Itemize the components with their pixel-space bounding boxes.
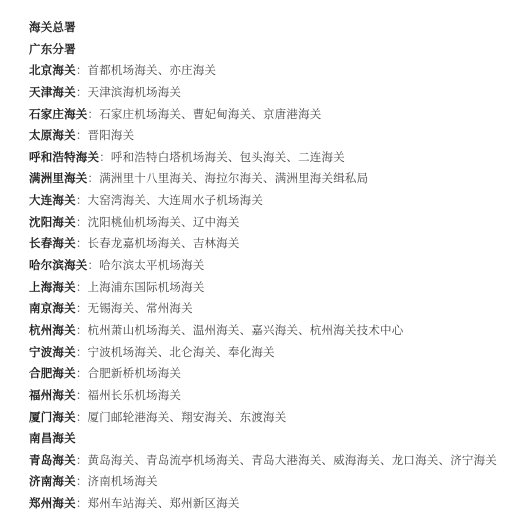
row-label: 呼和浩特海关 <box>29 150 99 164</box>
row-items: 济南机场海关 <box>88 474 158 488</box>
row-label: 南昌海关 <box>29 431 76 445</box>
row-label: 满洲里海关 <box>29 171 88 185</box>
list-item: 福州海关：福州长乐机场海关 <box>29 385 497 407</box>
list-item: 济南海关：济南机场海关 <box>29 471 497 493</box>
row-label: 厦门海关 <box>29 410 76 424</box>
list-item: 石家庄海关：石家庄机场海关、曹妃甸海关、京唐港海关 <box>29 104 497 126</box>
row-separator: ： <box>76 388 88 402</box>
list-item: 上海海关：上海浦东国际机场海关 <box>29 277 497 299</box>
row-label: 合肥海关 <box>29 366 76 380</box>
row-label: 沈阳海关 <box>29 215 76 229</box>
row-items: 满洲里十八里海关、海拉尔海关、满洲里海关缉私局 <box>99 171 368 185</box>
row-separator: ： <box>88 107 100 121</box>
row-items: 大窑湾海关、大连周水子机场海关 <box>88 193 264 207</box>
list-item: 合肥海关：合肥新桥机场海关 <box>29 363 497 385</box>
row-items: 长春龙嘉机场海关、吉林海关 <box>88 236 240 250</box>
row-separator: ： <box>76 85 88 99</box>
list-item: 郑州海关：郑州车站海关、郑州新区海关 <box>29 493 497 515</box>
row-items: 上海浦东国际机场海关 <box>88 280 205 294</box>
row-label: 长春海关 <box>29 236 76 250</box>
row-separator: ： <box>76 496 88 510</box>
row-separator: ： <box>76 366 88 380</box>
list-item: 沈阳海关：沈阳桃仙机场海关、辽中海关 <box>29 212 497 234</box>
row-label: 郑州海关 <box>29 496 76 510</box>
row-items: 杭州萧山机场海关、温州海关、嘉兴海关、杭州海关技术中心 <box>88 323 404 337</box>
row-items: 厦门邮轮港海关、翔安海关、东渡海关 <box>88 410 287 424</box>
list-item: 满洲里海关：满洲里十八里海关、海拉尔海关、满洲里海关缉私局 <box>29 168 497 190</box>
list-item: 青岛海关：黄岛海关、青岛流亭机场海关、青岛大港海关、威海海关、龙口海关、济宁海关 <box>29 450 497 472</box>
row-label: 天津海关 <box>29 85 76 99</box>
row-separator: ： <box>76 345 88 359</box>
row-separator: ： <box>76 453 88 467</box>
list-item: 天津海关：天津滨海机场海关 <box>29 82 497 104</box>
row-separator: ： <box>76 410 88 424</box>
row-separator: ： <box>76 474 88 488</box>
list-item: 太原海关：晋阳海关 <box>29 125 497 147</box>
customs-list: 海关总署 广东分署 北京海关：首都机场海关、亦庄海关 天津海关：天津滨海机场海关… <box>29 17 497 515</box>
row-items: 哈尔滨太平机场海关 <box>99 258 204 272</box>
row-label: 大连海关 <box>29 193 76 207</box>
row-label: 广东分署 <box>29 42 76 56</box>
row-separator: ： <box>76 128 88 142</box>
row-label: 济南海关 <box>29 474 76 488</box>
row-items: 沈阳桃仙机场海关、辽中海关 <box>88 215 240 229</box>
list-item: 大连海关：大窑湾海关、大连周水子机场海关 <box>29 190 497 212</box>
list-item: 南昌海关 <box>29 428 497 450</box>
row-separator: ： <box>76 215 88 229</box>
row-label: 杭州海关 <box>29 323 76 337</box>
row-items: 晋阳海关 <box>88 128 135 142</box>
row-label: 南京海关 <box>29 301 76 315</box>
row-label: 上海海关 <box>29 280 76 294</box>
row-label: 石家庄海关 <box>29 107 88 121</box>
row-separator: ： <box>76 63 88 77</box>
row-separator: ： <box>88 171 100 185</box>
row-separator: ： <box>76 280 88 294</box>
row-items: 福州长乐机场海关 <box>88 388 182 402</box>
row-label: 北京海关 <box>29 63 76 77</box>
row-separator: ： <box>76 193 88 207</box>
row-items: 呼和浩特白塔机场海关、包头海关、二连海关 <box>111 150 345 164</box>
row-items: 首都机场海关、亦庄海关 <box>88 63 217 77</box>
row-items: 黄岛海关、青岛流亭机场海关、青岛大港海关、威海海关、龙口海关、济宁海关 <box>88 453 498 467</box>
row-label: 太原海关 <box>29 128 76 142</box>
list-item: 广东分署 <box>29 39 497 61</box>
list-item: 北京海关：首都机场海关、亦庄海关 <box>29 60 497 82</box>
list-item: 宁波海关：宁波机场海关、北仑海关、奉化海关 <box>29 342 497 364</box>
row-separator: ： <box>88 258 100 272</box>
row-separator: ： <box>99 150 111 164</box>
row-separator: ： <box>76 323 88 337</box>
row-items: 天津滨海机场海关 <box>88 85 182 99</box>
row-items: 石家庄机场海关、曹妃甸海关、京唐港海关 <box>99 107 321 121</box>
list-item: 哈尔滨海关：哈尔滨太平机场海关 <box>29 255 497 277</box>
list-item: 海关总署 <box>29 17 497 39</box>
row-label: 福州海关 <box>29 388 76 402</box>
row-items: 宁波机场海关、北仑海关、奉化海关 <box>88 345 275 359</box>
row-label: 海关总署 <box>29 20 76 34</box>
list-item: 南京海关：无锡海关、常州海关 <box>29 298 497 320</box>
list-item: 长春海关：长春龙嘉机场海关、吉林海关 <box>29 233 497 255</box>
row-separator: ： <box>76 301 88 315</box>
list-item: 杭州海关：杭州萧山机场海关、温州海关、嘉兴海关、杭州海关技术中心 <box>29 320 497 342</box>
row-label: 哈尔滨海关 <box>29 258 88 272</box>
row-items: 无锡海关、常州海关 <box>88 301 193 315</box>
row-items: 合肥新桥机场海关 <box>88 366 182 380</box>
list-item: 呼和浩特海关：呼和浩特白塔机场海关、包头海关、二连海关 <box>29 147 497 169</box>
row-separator: ： <box>76 236 88 250</box>
row-label: 宁波海关 <box>29 345 76 359</box>
row-label: 青岛海关 <box>29 453 76 467</box>
row-items: 郑州车站海关、郑州新区海关 <box>88 496 240 510</box>
list-item: 厦门海关：厦门邮轮港海关、翔安海关、东渡海关 <box>29 407 497 429</box>
